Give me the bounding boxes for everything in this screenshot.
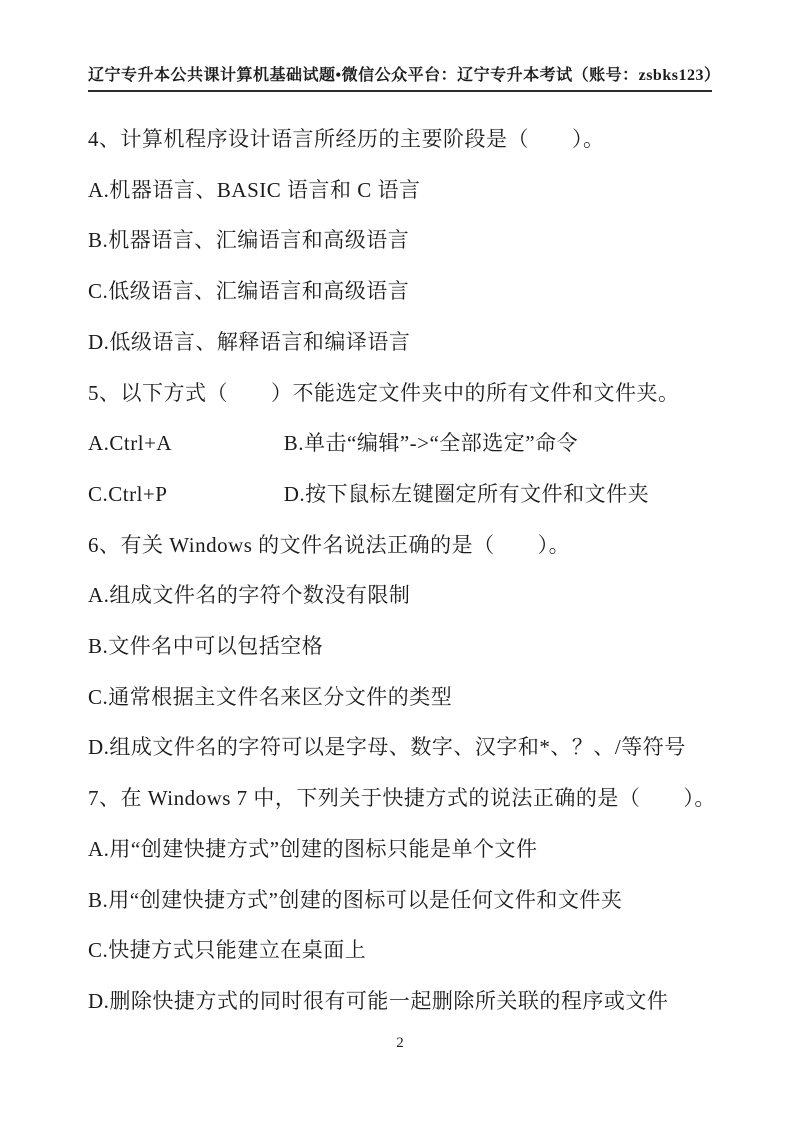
question-5-options-row-1: A.Ctrl+A B.单击“编辑”->“全部选定”命令 bbox=[88, 418, 728, 469]
question-5: 5、以下方式（ ）不能选定文件夹中的所有文件和文件夹。 A.Ctrl+A B.单… bbox=[88, 368, 728, 520]
question-5-options-row-2: C.Ctrl+P D.按下鼠标左键圈定所有文件和文件夹 bbox=[88, 469, 728, 520]
question-7-option-a: A.用“创建快捷方式”创建的图标只能是单个文件 bbox=[88, 824, 728, 875]
question-4-option-d: D.低级语言、解释语言和编译语言 bbox=[88, 317, 728, 368]
question-area: 4、计算机程序设计语言所经历的主要阶段是（ ）。 A.机器语言、BASIC 语言… bbox=[88, 114, 728, 1027]
question-4-option-b: B.机器语言、汇编语言和高级语言 bbox=[88, 215, 728, 266]
question-7-option-c: C.快捷方式只能建立在桌面上 bbox=[88, 925, 728, 976]
question-7-option-d: D.删除快捷方式的同时很有可能一起删除所关联的程序或文件 bbox=[88, 976, 728, 1027]
question-7-stem: 7、在 Windows 7 中，下列关于快捷方式的说法正确的是（ ）。 bbox=[88, 773, 728, 824]
question-5-option-d: D.按下鼠标左键圈定所有文件和文件夹 bbox=[284, 482, 649, 506]
question-7: 7、在 Windows 7 中，下列关于快捷方式的说法正确的是（ ）。 A.用“… bbox=[88, 773, 728, 1027]
question-5-option-b: B.单击“编辑”->“全部选定”命令 bbox=[284, 431, 578, 455]
question-4-option-a: A.机器语言、BASIC 语言和 C 语言 bbox=[88, 165, 728, 216]
question-4-stem: 4、计算机程序设计语言所经历的主要阶段是（ ）。 bbox=[88, 114, 728, 165]
question-6-option-d: D.组成文件名的字符可以是字母、数字、汉字和*、？、/等符号 bbox=[88, 722, 728, 773]
question-6-option-b: B.文件名中可以包括空格 bbox=[88, 621, 728, 672]
question-7-option-b: B.用“创建快捷方式”创建的图标可以是任何文件和文件夹 bbox=[88, 875, 728, 926]
question-4-option-c: C.低级语言、汇编语言和高级语言 bbox=[88, 266, 728, 317]
question-6-option-c: C.通常根据主文件名来区分文件的类型 bbox=[88, 672, 728, 723]
document-page: 辽宁专升本公共课计算机基础试题•微信公众平台：辽宁专升本考试（账号：zsbks1… bbox=[0, 0, 800, 1138]
question-6-option-a: A.组成文件名的字符个数没有限制 bbox=[88, 570, 728, 621]
question-6: 6、有关 Windows 的文件名说法正确的是（ ）。 A.组成文件名的字符个数… bbox=[88, 520, 728, 774]
page-number: 2 bbox=[396, 1035, 404, 1051]
question-5-option-a: A.Ctrl+A bbox=[88, 418, 278, 469]
page-header: 辽宁专升本公共课计算机基础试题•微信公众平台：辽宁专升本考试（账号：zsbks1… bbox=[88, 62, 712, 92]
question-4: 4、计算机程序设计语言所经历的主要阶段是（ ）。 A.机器语言、BASIC 语言… bbox=[88, 114, 728, 368]
page-footer: 2 bbox=[0, 1033, 800, 1053]
question-6-stem: 6、有关 Windows 的文件名说法正确的是（ ）。 bbox=[88, 520, 728, 571]
question-5-option-c: C.Ctrl+P bbox=[88, 469, 278, 520]
header-title: 辽宁专升本公共课计算机基础试题•微信公众平台：辽宁专升本考试（账号：zsbks1… bbox=[88, 67, 720, 84]
question-5-stem: 5、以下方式（ ）不能选定文件夹中的所有文件和文件夹。 bbox=[88, 368, 728, 419]
